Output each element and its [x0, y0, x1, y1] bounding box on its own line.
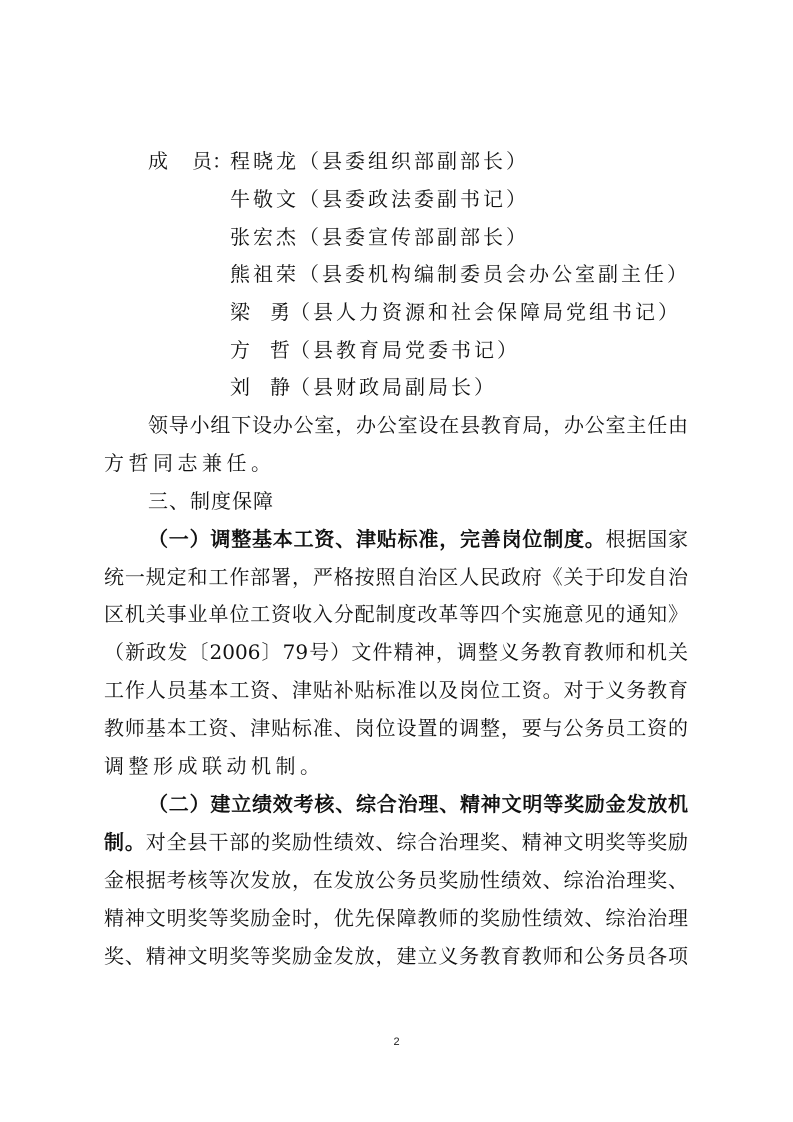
document-page: 成员： 程晓龙（县委组织部副部长） 牛敬文（县委政法委副书记） 张宏杰（县委宣传… — [0, 0, 793, 1122]
member-name: 刘静 — [230, 375, 290, 399]
member-role: （县委组织部副部长） — [299, 149, 529, 173]
item2-line: 精神文明奖等奖励金时，优先保障教师的奖励性绩效、综治治理 — [104, 906, 688, 930]
member-name: 方哲 — [230, 338, 290, 362]
member-role: （县教育局党委书记） — [290, 338, 520, 362]
item2-title: （二）建立绩效考核、综合治理、精神文明等奖励金发放机 — [148, 792, 688, 816]
section-heading: 三、制度保障 — [148, 489, 274, 513]
item1-line: 工作人员基本工资、津贴补贴标准以及岗位工资。对于义务教育 — [104, 678, 688, 702]
member-name-char-1: 方 — [230, 338, 270, 362]
members-label: 成员： — [148, 149, 232, 173]
member-name-char-2: 勇 — [270, 300, 290, 324]
member-name: 张宏杰 — [230, 225, 299, 249]
item1-line: （新政发〔2006〕79号）文件精神，调整义务教育教师和机关 — [104, 640, 688, 664]
member-row: 方哲（县教育局党委书记） — [230, 338, 520, 362]
item2-line: 制。对全县干部的奖励性绩效、综合治理奖、精神文明奖等奖励 — [104, 830, 688, 854]
item1-line: 统一规定和工作部署，严格按照自治区人民政府《关于印发自治 — [104, 565, 688, 589]
member-name: 程晓龙 — [230, 149, 299, 173]
member-row: 牛敬文（县委政法委副书记） — [230, 187, 529, 211]
item2-text: 对全县干部的奖励性绩效、综合治理奖、精神文明奖等奖励 — [146, 830, 688, 854]
member-name-char-1: 梁 — [230, 300, 270, 324]
member-name: 熊祖荣 — [230, 262, 299, 286]
item1-text: 根据国家 — [606, 527, 688, 551]
members-label-char-1: 成 — [148, 149, 168, 173]
member-role: （县人力资源和社会保障局党组书记） — [290, 300, 681, 324]
member-row: 熊祖荣（县委机构编制委员会办公室副主任） — [230, 262, 690, 286]
office-paragraph-line: 领导小组下设办公室，办公室设在县教育局，办公室主任由 — [148, 413, 688, 437]
member-role: （县委政法委副书记） — [299, 187, 529, 211]
item2-line: 奖、精神文明奖等奖励金发放，建立义务教育教师和公务员各项 — [104, 944, 688, 968]
item1-line: 调整形成联动机制。 — [104, 754, 325, 778]
item2-line: 金根据考核等次发放，在发放公务员奖励性绩效、综治治理奖、 — [104, 868, 688, 892]
member-name-char-2: 静 — [270, 375, 290, 399]
member-name: 梁勇 — [230, 300, 290, 324]
member-name-char-2: 哲 — [270, 338, 290, 362]
member-role: （县委机构编制委员会办公室副主任） — [299, 262, 690, 286]
item2-title-end: 制。 — [104, 830, 146, 854]
item1-line: （一）调整基本工资、津贴标准，完善岗位制度。根据国家 — [148, 527, 688, 551]
item1-line: 区机关事业单位工资收入分配制度改革等四个实施意见的通知》 — [104, 602, 688, 626]
item1-line: 教师基本工资、津贴标准、岗位设置的调整，要与公务员工资的 — [104, 716, 688, 740]
member-row: 梁勇（县人力资源和社会保障局党组书记） — [230, 300, 681, 324]
members-label-char-2: 员： — [192, 149, 232, 173]
page-number: 2 — [0, 1036, 793, 1048]
member-role: （县委宣传部副部长） — [299, 225, 529, 249]
member-name: 牛敬文 — [230, 187, 299, 211]
member-row: 刘静（县财政局副局长） — [230, 375, 497, 399]
member-row: 张宏杰（县委宣传部副部长） — [230, 225, 529, 249]
item1-title: （一）调整基本工资、津贴标准，完善岗位制度。 — [148, 527, 606, 551]
member-name-char-1: 刘 — [230, 375, 270, 399]
member-role: （县财政局副局长） — [290, 375, 497, 399]
office-paragraph-line: 方哲同志兼任。 — [104, 451, 276, 475]
member-row: 程晓龙（县委组织部副部长） — [230, 149, 529, 173]
